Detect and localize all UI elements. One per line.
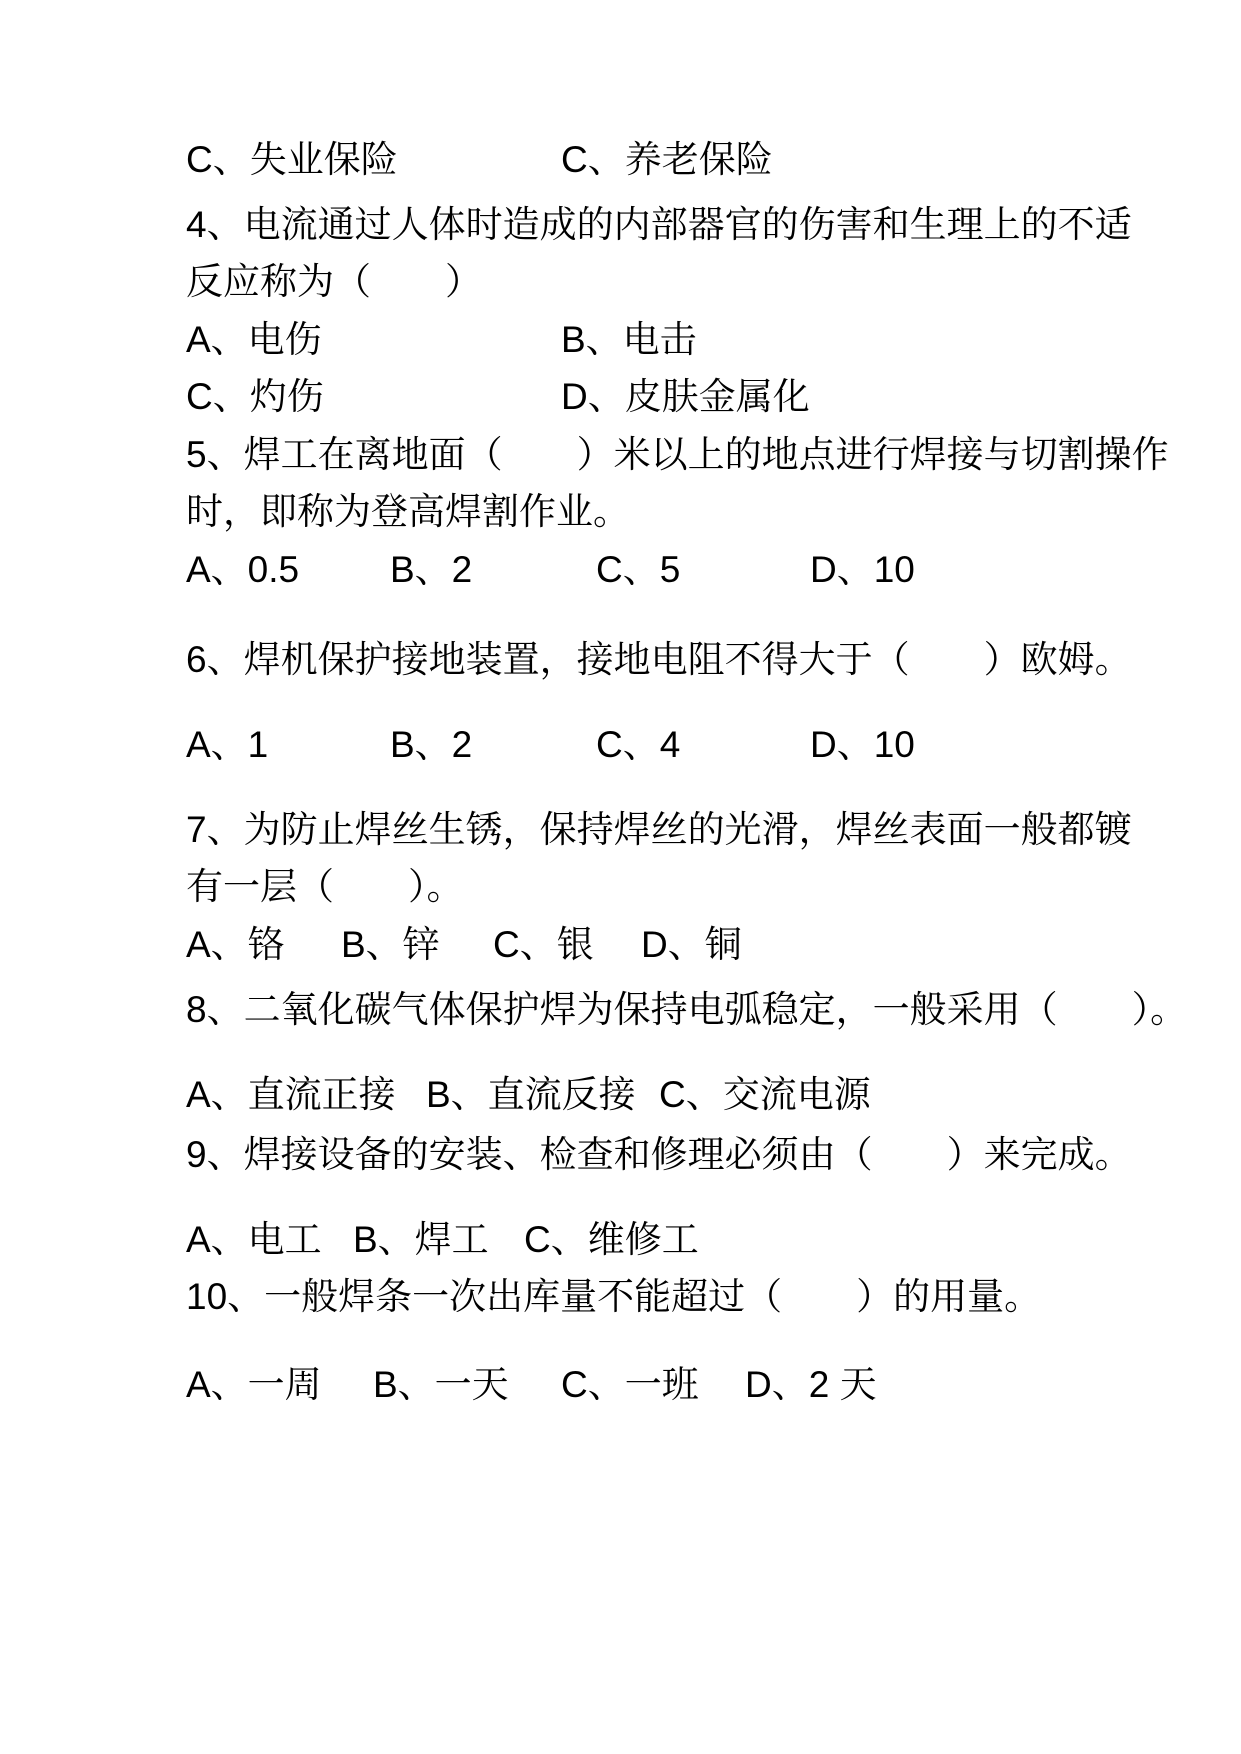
option-d: D、10 xyxy=(810,551,915,589)
option-c: C、4 xyxy=(596,726,680,764)
question-4-text-line-2: 反应称为（ ） xyxy=(186,263,1131,301)
question-10-text-line-1: 10、一般焊条一次出库量不能超过（ ）的用量。 xyxy=(186,1278,1131,1316)
option-b: B、锌 xyxy=(341,926,440,964)
option-b: B、2 xyxy=(390,726,472,764)
option-a: A、一周 xyxy=(186,1366,322,1404)
option-d: D、皮肤金属化 xyxy=(561,378,810,416)
option-c: C、银 xyxy=(493,926,594,964)
question-4-options-row-2: C、灼伤 D、皮肤金属化 xyxy=(186,378,1131,416)
option-c: C、5 xyxy=(596,551,680,589)
option-a: A、直流正接 xyxy=(186,1076,396,1114)
question-9-options-row: A、电工 B、焊工 C、维修工 xyxy=(186,1221,1131,1259)
option-b: B、电击 xyxy=(561,321,697,359)
carryover-option-row: C、失业保险 C、养老保险 xyxy=(186,141,1131,179)
option-c: C、维修工 xyxy=(524,1221,699,1259)
question-5-text-line-2: 时，即称为登高焊割作业。 xyxy=(186,493,1131,531)
option-b: B、一天 xyxy=(373,1366,509,1404)
question-5-text-line-1: 5、焊工在离地面（ ）米以上的地点进行焊接与切割操作 xyxy=(186,436,1131,474)
option-b: B、直流反接 xyxy=(426,1076,636,1114)
option-c-right: C、养老保险 xyxy=(561,141,773,179)
question-6-text-line-1: 6、焊机保护接地装置，接地电阻不得大于（ ）欧姆。 xyxy=(186,641,1131,679)
option-c: C、交流电源 xyxy=(659,1076,871,1114)
question-7-text-line-2: 有一层（ ）。 xyxy=(186,868,1131,906)
option-b: B、2 xyxy=(390,551,472,589)
option-a: A、1 xyxy=(186,726,268,764)
option-b: B、焊工 xyxy=(353,1221,489,1259)
option-a: A、铬 xyxy=(186,926,285,964)
option-c: C、一班 xyxy=(561,1366,699,1404)
question-8-text-line-1: 8、二氧化碳气体保护焊为保持电弧稳定，一般采用（ ）。 xyxy=(186,991,1131,1029)
option-c-left: C、失业保险 xyxy=(186,141,398,179)
option-a: A、电伤 xyxy=(186,321,322,359)
question-7-text-line-1: 7、为防止焊丝生锈，保持焊丝的光滑，焊丝表面一般都镀 xyxy=(186,811,1131,849)
option-d: D、10 xyxy=(810,726,915,764)
question-4-options-row-1: A、电伤 B、电击 xyxy=(186,321,1131,359)
question-10-options-row: A、一周 B、一天 C、一班 D、2 天 xyxy=(186,1366,1131,1404)
question-5-options-row: A、0.5 B、2 C、5 D、10 xyxy=(186,551,1131,589)
question-9-text-line-1: 9、焊接设备的安装、检查和修理必须由（ ）来完成。 xyxy=(186,1136,1131,1174)
option-d: D、2 天 xyxy=(745,1366,877,1404)
question-4-text-line-1: 4、电流通过人体时造成的内部器官的伤害和生理上的不适 xyxy=(186,206,1131,244)
question-7-options-row: A、铬 B、锌 C、银 D、铜 xyxy=(186,926,1131,964)
question-6-options-row: A、1 B、2 C、4 D、10 xyxy=(186,726,1131,764)
option-c: C、灼伤 xyxy=(186,378,324,416)
question-8-options-row: A、直流正接 B、直流反接 C、交流电源 xyxy=(186,1076,1131,1114)
option-a: A、0.5 xyxy=(186,551,299,589)
option-d: D、铜 xyxy=(641,926,742,964)
option-a: A、电工 xyxy=(186,1221,322,1259)
exam-document-page: C、失业保险 C、养老保险 4、电流通过人体时造成的内部器官的伤害和生理上的不适… xyxy=(0,0,1241,1754)
